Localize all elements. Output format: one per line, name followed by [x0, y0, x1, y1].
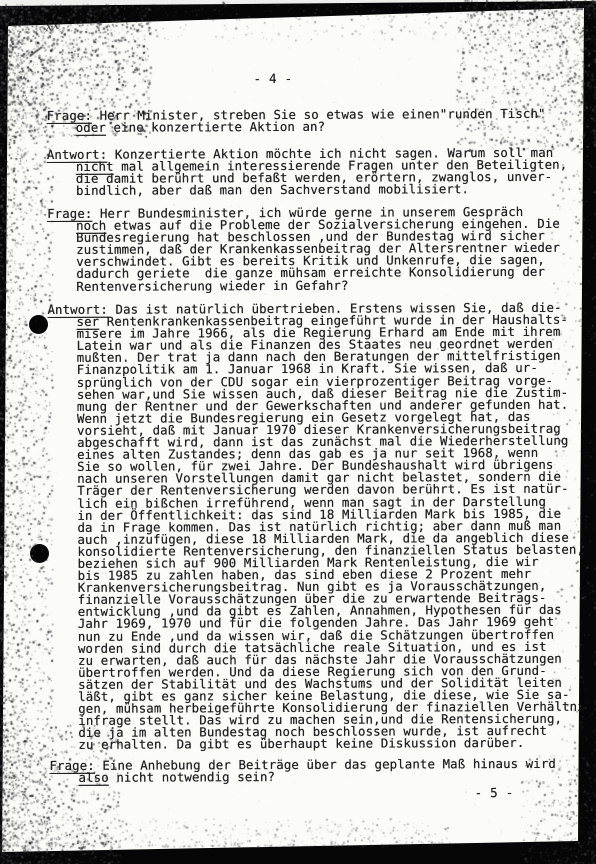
paragraph: Antwort: Konzertierte Aktion möchte ich …	[47, 147, 568, 198]
text-line: also nicht notwendig sein?	[78, 770, 556, 784]
underlined-word: also	[78, 770, 108, 785]
paragraph: Frage: Herr Bundesminister, ich würde ge…	[47, 206, 560, 293]
paragraph: Frage: Eine Anhebung der Beiträge über d…	[49, 758, 556, 784]
hole-punch-bottom	[30, 544, 49, 563]
text-layer: - 4 - Frage: Herr Minister, streben Sie …	[0, 0, 596, 864]
text-line: oder eine konzertierte Aktion an?	[76, 120, 546, 134]
text-line: bindlich, aber daß man den Sachverstand …	[76, 183, 567, 197]
paragraph: Frage: Herr Minister, streben Sie so etw…	[47, 108, 546, 134]
page-number-bottom: - 5 -	[475, 785, 514, 800]
page-number-top: - 4 -	[253, 71, 292, 86]
paragraph: Antwort: Das ist natürlich übertrieben. …	[47, 302, 592, 752]
handwritten-mark: xx	[45, 16, 59, 35]
underlined-word: oder	[76, 120, 106, 135]
text-line: zu erhalten. Da gibt es überhaupt keine …	[78, 737, 592, 751]
scanned-page: - 4 - Frage: Herr Minister, streben Sie …	[0, 0, 596, 864]
text-line: Rentenversicherung wieder in Gefahr?	[76, 278, 560, 292]
hole-punch-top	[29, 315, 48, 334]
